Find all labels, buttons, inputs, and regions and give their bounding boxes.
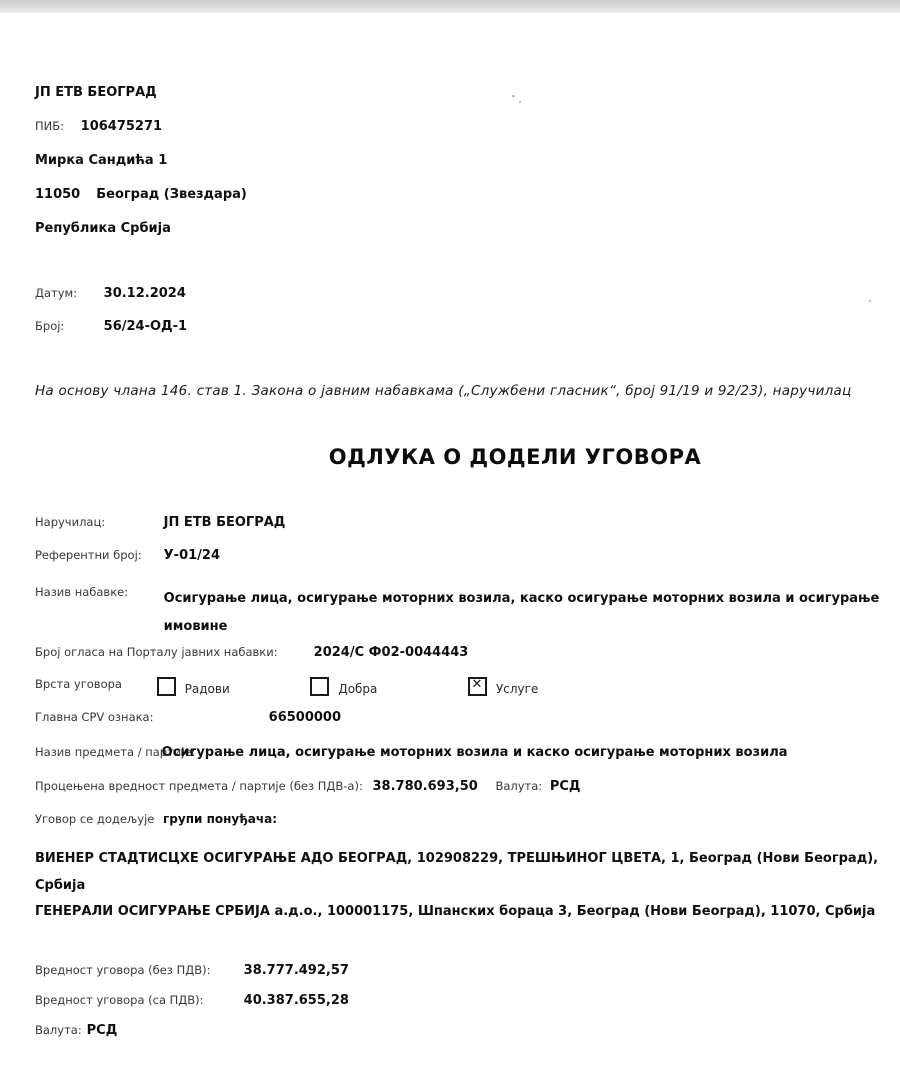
checkbox-unchecked-icon [310, 677, 329, 696]
estimated-value: 38.780.693,50 [373, 779, 478, 794]
client-row: Наручилац: ЈП ЕТВ БЕОГРАД [35, 515, 285, 530]
cpv-label: Главна CPV ознака: [35, 710, 265, 724]
awardee-line-2: ГЕНЕРАЛИ ОСИГУРАЊЕ СРБИЈА а.д.о., 100001… [35, 898, 900, 925]
page-title: ОДЛУКА О ДОДЕЛИ УГОВОРА [0, 445, 900, 469]
awardee-line-1: ВИЕНЕР СТАДТИСЦХЕ ОСИГУРАЊЕ АДО БЕОГРАД,… [35, 845, 880, 899]
estimated-currency-value: РСД [550, 779, 581, 794]
cpv-row: Главна CPV ознака: 66500000 [35, 710, 341, 725]
cpv-value: 66500000 [269, 710, 341, 725]
contract-value-excl-row: Вредност уговора (без ПДВ): 38.777.492,5… [35, 963, 349, 978]
procurement-name-row: Назив набавке: Осигурање лица, осигурање… [35, 585, 900, 641]
ref-number-row: Референтни број: У-01/24 [35, 548, 220, 563]
contract-type-option-label: Радови [185, 682, 230, 696]
estimated-value-row: Процењена вредност предмета / партије (б… [35, 779, 580, 794]
estimated-currency-label: Валута: [495, 779, 542, 793]
contract-type-option-usluge: Услуге [468, 677, 538, 696]
contract-type-row: Врста уговора Радови Добра Услуге [35, 677, 538, 696]
postal-city-row: 11050Београд (Звездара) [35, 187, 247, 202]
estimated-value-label: Процењена вредност предмета / партије (б… [35, 779, 363, 793]
contract-type-option-radovi: Радови [157, 677, 307, 696]
currency-label: Валута: [35, 1023, 83, 1037]
procurement-name-label: Назив набавке: [35, 585, 160, 599]
procurement-name-value: Осигурање лица, осигурање моторних возил… [164, 585, 900, 641]
currency-value: РСД [87, 1023, 118, 1038]
scan-speck [519, 101, 521, 103]
checkbox-checked-icon [468, 677, 487, 696]
subject-row: Назив предмета / партије: Осигурање лица… [35, 745, 788, 760]
checkbox-unchecked-icon [157, 677, 176, 696]
notice-number-row: Број огласа на Порталу јавних набавки: 2… [35, 645, 468, 660]
scan-speck [512, 95, 515, 97]
date-value: 30.12.2024 [104, 286, 186, 301]
client-label: Наручилац: [35, 515, 160, 529]
scanned-document-page: ЈП ЕТВ БЕОГРАД ПИБ: 106475271 Мирка Санд… [0, 0, 900, 1067]
scan-speck [869, 300, 871, 302]
contract-value-incl-value: 40.387.655,28 [244, 993, 349, 1008]
award-intro-bold: групи понуђача: [163, 812, 277, 826]
subject-value: Осигурање лица, осигурање моторних возил… [162, 745, 788, 760]
city: Београд (Звездара) [96, 187, 247, 202]
org-name: ЈП ЕТВ БЕОГРАД [35, 85, 157, 100]
number-row: Број: 56/24-ОД-1 [35, 319, 187, 334]
notice-number-value: 2024/С Ф02-0044443 [314, 645, 469, 660]
legal-basis-text: На основу члана 146. став 1. Закона о ја… [35, 383, 851, 399]
contract-value-excl-label: Вредност уговора (без ПДВ): [35, 963, 240, 977]
number-value: 56/24-ОД-1 [104, 319, 187, 334]
date-row: Датум: 30.12.2024 [35, 286, 186, 301]
contract-type-option-label: Добра [338, 682, 377, 696]
subject-label: Назив предмета / партије: [35, 745, 158, 759]
contract-type-option-label: Услуге [496, 682, 538, 696]
client-value: ЈП ЕТВ БЕОГРАД [164, 515, 286, 530]
contract-value-incl-row: Вредност уговора (са ПДВ): 40.387.655,28 [35, 993, 349, 1008]
award-intro-row: Уговор се додељује групи понуђача: [35, 812, 277, 826]
pib-row: ПИБ: 106475271 [35, 119, 162, 134]
award-intro-text: Уговор се додељује [35, 812, 154, 826]
address-street: Мирка Сандића 1 [35, 153, 167, 168]
country-line: Република Србија [35, 221, 171, 236]
contract-type-option-dobra: Добра [310, 677, 464, 696]
number-label: Број: [35, 319, 100, 333]
currency-row: Валута: РСД [35, 1023, 117, 1038]
contract-value-incl-label: Вредност уговора (са ПДВ): [35, 993, 240, 1007]
notice-number-label: Број огласа на Порталу јавних набавки: [35, 645, 310, 659]
contract-value-excl-value: 38.777.492,57 [244, 963, 349, 978]
contract-type-label: Врста уговора [35, 677, 153, 691]
date-label: Датум: [35, 286, 100, 300]
scan-edge-artifact [0, 0, 900, 13]
pib-value: 106475271 [81, 119, 162, 134]
postal-code: 11050 [35, 187, 80, 202]
ref-number-value: У-01/24 [164, 548, 220, 563]
pib-label: ПИБ: [35, 119, 77, 133]
ref-number-label: Референтни број: [35, 548, 160, 562]
